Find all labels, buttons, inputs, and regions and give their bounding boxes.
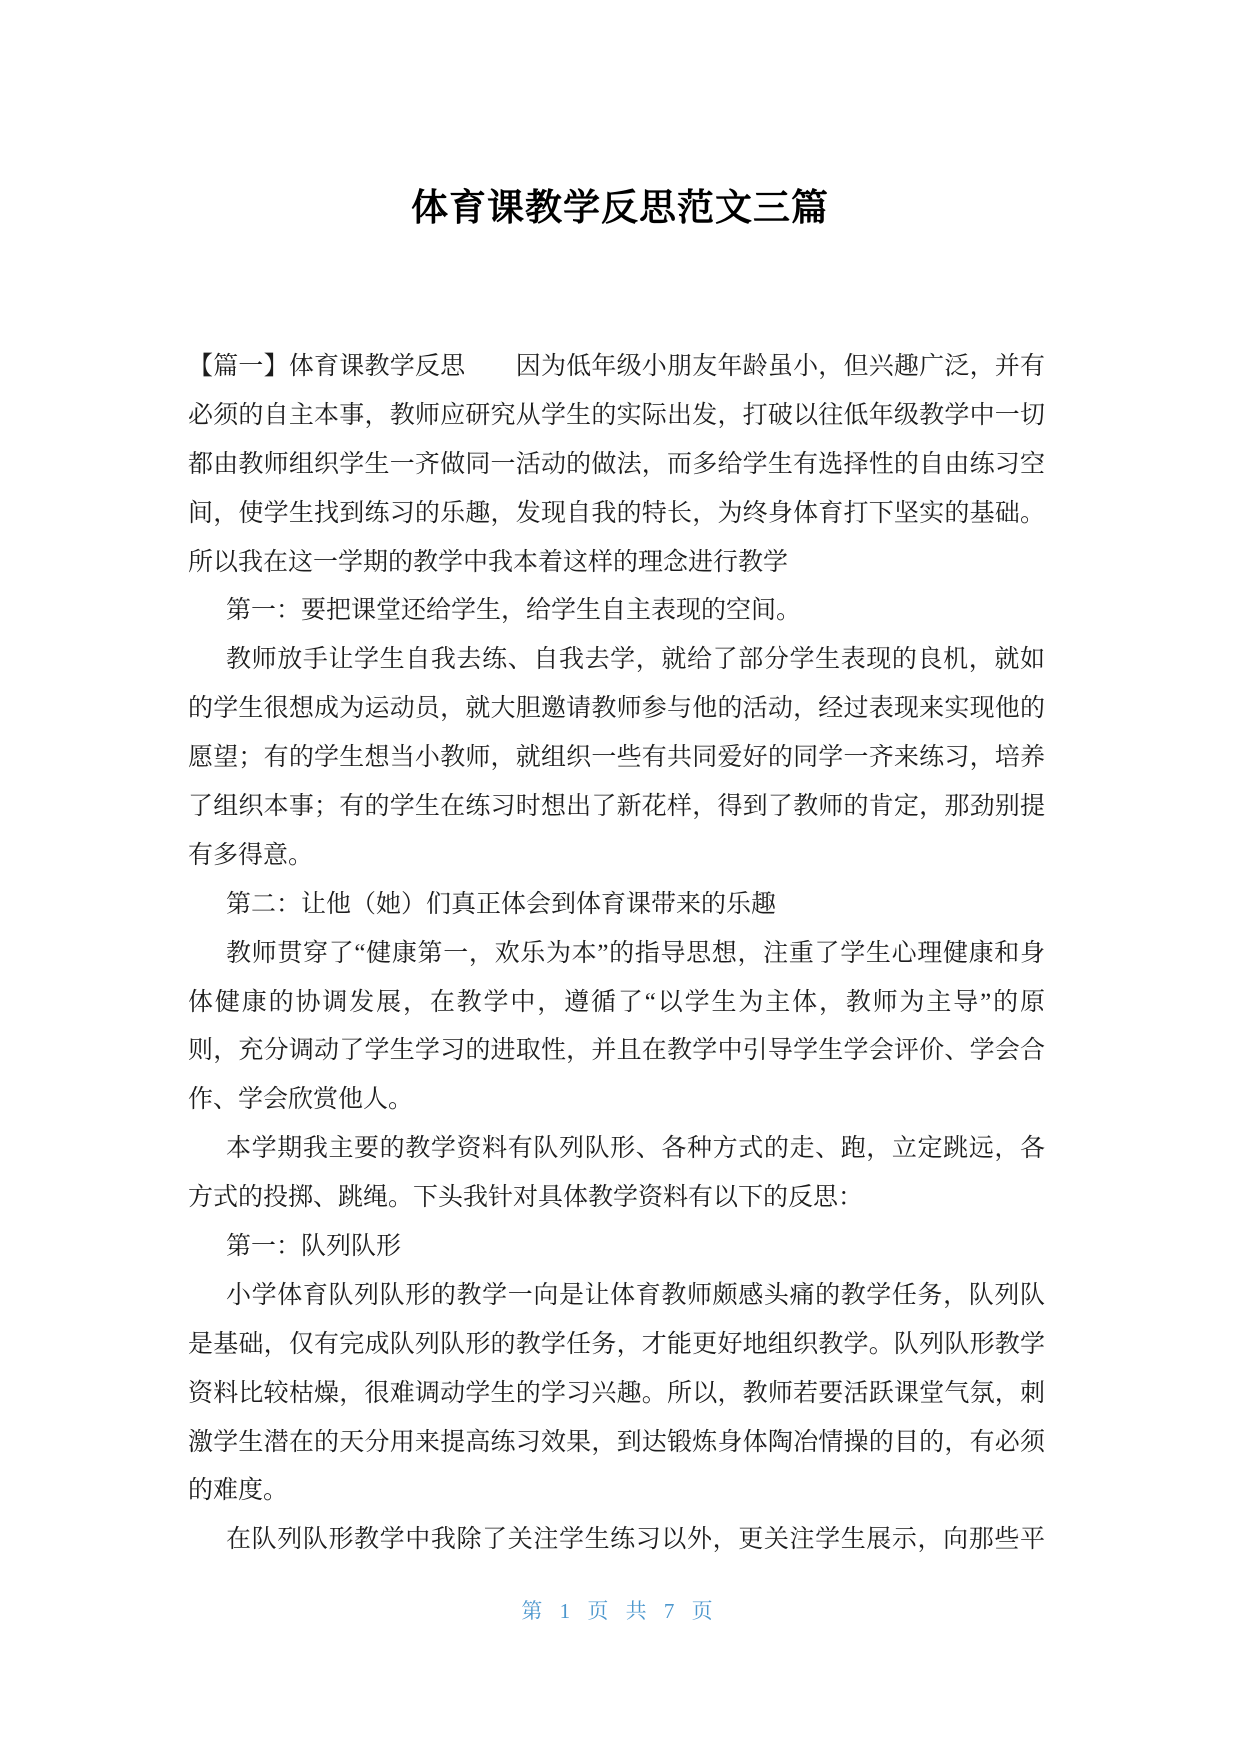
text-line: 的难度。 [188, 1467, 1045, 1516]
text-line: 都由教师组织学生一齐做同一活动的做法，而多给学生有选择性的自由练习空 [188, 441, 1045, 490]
text-line: 第一：要把课堂还给学生，给学生自主表现的空间。 [188, 587, 1045, 636]
text-line: 第二：让他（她）们真正体会到体育课带来的乐趣 [188, 881, 1045, 930]
text-line: 的学生很想成为运动员，就大胆邀请教师参与他的活动，经过表现来实现他的 [188, 685, 1045, 734]
text-line: 教师放手让学生自我去练、自我去学，就给了部分学生表现的良机，就如有 [188, 636, 1045, 685]
text-line: 是基础，仅有完成队列队形的教学任务，才能更好地组织教学。队列队形教学 [188, 1321, 1045, 1370]
text-line: 激学生潜在的天分用来提高练习效果，到达锻炼身体陶冶情操的目的，有必须 [188, 1419, 1045, 1468]
text-line: 愿望；有的学生想当小教师，就组织一些有共同爱好的同学一齐来练习，培养 [188, 734, 1045, 783]
text-line: 有多得意。 [188, 832, 1045, 881]
page-number-footer: 第 1 页 共 7 页 [0, 1596, 1240, 1626]
text-line: 本学期我主要的教学资料有队列队形、各种方式的走、跑，立定跳远，各种 [188, 1125, 1045, 1174]
text-line: 第一：队列队形 [188, 1223, 1045, 1272]
text-line: 小学体育队列队形的教学一向是让体育教师颇感头痛的教学任务，队列队形 [188, 1272, 1045, 1321]
document-body: 【篇一】体育课教学反思 因为低年级小朋友年龄虽小，但兴趣广泛，并有了必须的自主本… [188, 343, 1045, 1565]
text-line: 【篇一】体育课教学反思 因为低年级小朋友年龄虽小，但兴趣广泛，并有了 [188, 343, 1045, 392]
text-line: 作、学会欣赏他人。 [188, 1076, 1045, 1125]
text-line: 体健康的协调发展，在教学中，遵循了“以学生为主体，教师为主导”的原 [188, 979, 1045, 1028]
document-page: 体育课教学反思范文三篇 【篇一】体育课教学反思 因为低年级小朋友年龄虽小，但兴趣… [0, 0, 1240, 1753]
text-line: 必须的自主本事，教师应研究从学生的实际出发，打破以往低年级教学中一切 [188, 392, 1045, 441]
text-line: 了组织本事；有的学生在练习时想出了新花样，得到了教师的肯定，那劲别提 [188, 783, 1045, 832]
text-line: 教师贯穿了“健康第一，欢乐为本”的指导思想，注重了学生心理健康和身 [188, 930, 1045, 979]
text-line: 则，充分调动了学生学习的进取性，并且在教学中引导学生学会评价、学会合 [188, 1027, 1045, 1076]
text-line: 间，使学生找到练习的乐趣，发现自我的特长，为终身体育打下坚实的基础。 [188, 490, 1045, 539]
text-line: 所以我在这一学期的教学中我本着这样的理念进行教学 [188, 539, 1045, 588]
text-line: 方式的投掷、跳绳。下头我针对具体教学资料有以下的反思： [188, 1174, 1045, 1223]
text-line: 在队列队形教学中我除了关注学生练习以外，更关注学生展示，向那些平时 [188, 1516, 1045, 1565]
text-line: 资料比较枯燥，很难调动学生的学习兴趣。所以，教师若要活跃课堂气氛，刺 [188, 1370, 1045, 1419]
document-title: 体育课教学反思范文三篇 [0, 186, 1240, 230]
